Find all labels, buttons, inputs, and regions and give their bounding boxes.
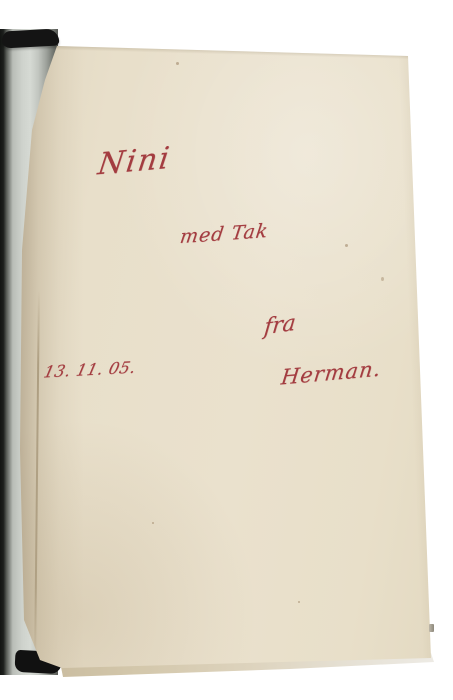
inscription-signature: Herman. xyxy=(280,356,383,389)
page-top-edge-shadow xyxy=(55,44,410,59)
paper-speck xyxy=(152,522,154,524)
paper-speck xyxy=(298,601,300,603)
paper-speck xyxy=(345,244,348,247)
spine-headcap xyxy=(2,29,60,49)
fore-edge-mark xyxy=(429,624,434,632)
inscription-from: fra xyxy=(263,310,297,340)
page-fore-edge-shadow xyxy=(398,50,453,663)
inscription-recipient: Nini xyxy=(96,141,173,183)
inscription-date: 13. 11. 05. xyxy=(42,357,138,381)
paper-speck xyxy=(176,62,179,65)
inscription-dedication: med Tak xyxy=(179,220,270,248)
flyleaf-page: Nini med Tak fra Herman. 13. 11. 05. xyxy=(0,0,453,700)
paper-speck xyxy=(381,277,384,281)
book-photo: Nini med Tak fra Herman. 13. 11. 05. xyxy=(0,0,453,700)
